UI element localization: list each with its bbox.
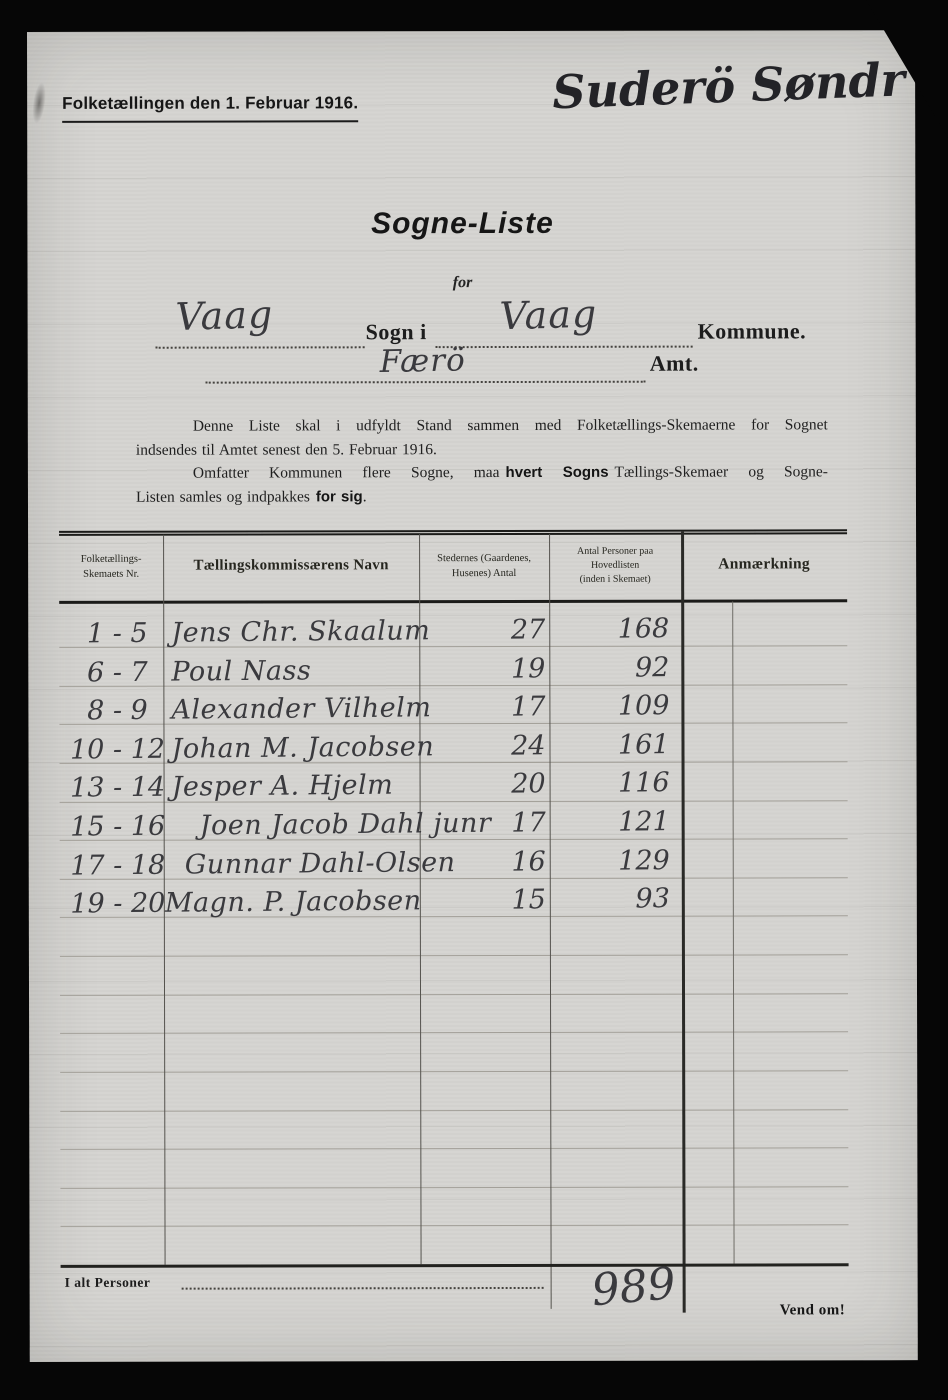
instruction-text: Tællings-Skemaer og Sogne-	[615, 463, 828, 480]
instruction-bold-text: hvert Sogns	[506, 464, 609, 481]
instruction-line-1: Denne Liste skal i udfyldt Stand sammen …	[136, 413, 828, 438]
row-antal: 15	[458, 886, 546, 914]
row-navn: Alexander Vilhelm	[171, 694, 431, 723]
row-navn: Johan M. Jacobsen	[171, 733, 434, 762]
row-skema-nr: 6 - 7	[69, 659, 165, 687]
sogn-label: Sogn i	[366, 319, 427, 345]
for-label: for	[408, 274, 518, 292]
total-label: I alt Personer	[65, 1275, 151, 1291]
row-navn: Magn. P. Jacobsen	[165, 887, 422, 916]
row-navn: Jesper A. Hjelm	[171, 772, 393, 801]
turn-over-note: Vend om!	[780, 1302, 846, 1319]
instructions-paragraph: Denne Liste skal i udfyldt Stand sammen …	[136, 413, 828, 508]
row-antal: 17	[458, 809, 546, 837]
row-personer: 109	[571, 692, 669, 720]
instruction-line-3: Omfatter Kommunen flere Sogne, maahvert …	[136, 460, 828, 485]
handwritten-district-note: Suderö Søndr 3	[551, 52, 925, 120]
page-title: Sogne-Liste	[317, 207, 607, 242]
row-navn: Poul Nass	[171, 657, 311, 685]
row-navn: Joen Jacob Dahl junr	[200, 810, 492, 840]
table-row-line	[60, 1147, 848, 1150]
table-row-line	[60, 993, 848, 996]
row-antal: 27	[457, 616, 545, 644]
row-skema-nr: 13 - 14	[70, 774, 166, 802]
table-row-line	[61, 1225, 849, 1228]
table-row-line	[60, 1109, 848, 1112]
header-text: Hovedlisten	[549, 559, 681, 573]
kommune-label: Kommune.	[698, 318, 807, 344]
row-antal: 16	[458, 848, 546, 876]
census-form-page: Folketællingen den 1. Februar 1916. Sude…	[27, 30, 918, 1362]
header-text: Antal Personer paa	[549, 545, 681, 559]
header-text: Husenes) Antal	[419, 566, 549, 581]
instruction-line-2: indsendes til Amtet senest den 5. Februa…	[136, 437, 828, 462]
row-antal: 24	[457, 732, 545, 760]
instruction-text: Listen samles og indpakkes	[136, 488, 310, 505]
instruction-line-4: Listen samles og indpakkesfor sig.	[136, 484, 828, 509]
table-row: 19 - 20 Magn. P. Jacobsen 15 93	[60, 873, 848, 920]
row-personer: 168	[571, 615, 669, 643]
table-row-line	[60, 1032, 848, 1035]
table-row-line	[60, 1070, 848, 1073]
row-antal: 17	[457, 693, 545, 721]
row-skema-nr: 1 - 5	[69, 620, 165, 648]
instruction-text: .	[363, 488, 367, 505]
row-skema-nr: 8 - 9	[69, 697, 165, 725]
row-personer: 161	[571, 731, 669, 759]
amt-label: Amt.	[650, 351, 699, 377]
row-personer: 129	[572, 847, 670, 875]
scan-smudge-artifact	[30, 81, 48, 124]
handwritten-total-value: 989	[586, 1258, 682, 1317]
row-navn: Gunnar Dahl-Olsen	[185, 849, 456, 878]
handwritten-sogn-value: Vaag	[175, 292, 274, 339]
header-text: Stedernes (Gaardenes,	[419, 551, 549, 566]
instruction-bold-text: for sig	[316, 488, 363, 505]
row-personer: 93	[572, 885, 670, 913]
table-row-line	[60, 954, 848, 957]
sogne-liste-table: Folketællings- Skemaets Nr. Tællingskomm…	[59, 529, 849, 1321]
row-skema-nr: 10 - 12	[69, 736, 165, 764]
row-antal: 20	[457, 770, 545, 798]
table-row-line	[60, 1186, 848, 1189]
row-antal: 19	[457, 655, 545, 683]
row-personer: 116	[571, 769, 669, 797]
instruction-text: Omfatter Kommunen flere Sogne, maa	[193, 464, 500, 482]
header-text: Skemaets Nr.	[59, 567, 163, 582]
form-header-title: Folketællingen den 1. Februar 1916.	[62, 93, 358, 123]
row-skema-nr: 19 - 20	[70, 890, 166, 918]
row-personer: 121	[572, 808, 670, 836]
row-skema-nr: 17 - 18	[70, 852, 166, 880]
row-personer: 92	[571, 654, 669, 682]
header-text: Folketællings-	[59, 552, 163, 567]
row-navn: Jens Chr. Skaalum	[171, 617, 430, 646]
handwritten-kommune-value: Vaag	[499, 292, 598, 339]
dotted-leader	[182, 1257, 544, 1290]
header-text: (inden i Skemaet)	[549, 573, 681, 587]
handwritten-amt-value: Færö	[379, 342, 466, 380]
row-skema-nr: 15 - 16	[70, 813, 166, 841]
